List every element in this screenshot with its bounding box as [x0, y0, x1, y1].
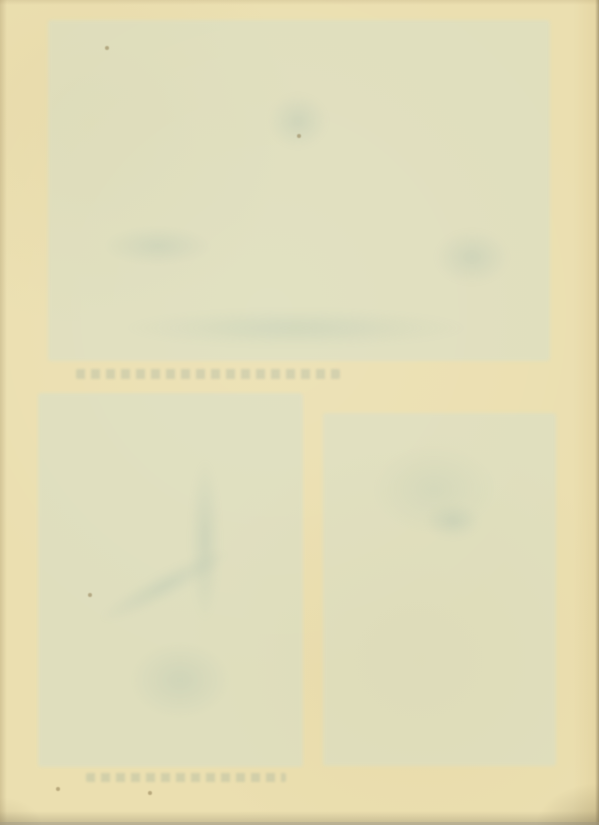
showthrough-caption-top — [76, 369, 340, 379]
showthrough-layer — [0, 0, 599, 825]
foxing-speck — [56, 787, 60, 791]
ghost-shape-figure-vertical — [184, 430, 226, 650]
ghost-shape-top-left-row — [84, 220, 232, 272]
ghost-shape-figure-base — [112, 628, 248, 732]
ghost-shape-bottom-right-mottle — [348, 428, 520, 550]
foxing-speck — [88, 593, 92, 597]
showthrough-caption-bottom — [86, 773, 286, 782]
ghost-shape-top-right-building — [422, 220, 522, 294]
scanned-page — [0, 0, 599, 825]
ghost-shape-top-center-structure — [258, 84, 338, 158]
ghost-shape-top-bottom-band — [62, 302, 530, 354]
foxing-speck — [105, 46, 109, 50]
foxing-speck — [148, 791, 152, 795]
foxing-speck — [297, 134, 301, 138]
